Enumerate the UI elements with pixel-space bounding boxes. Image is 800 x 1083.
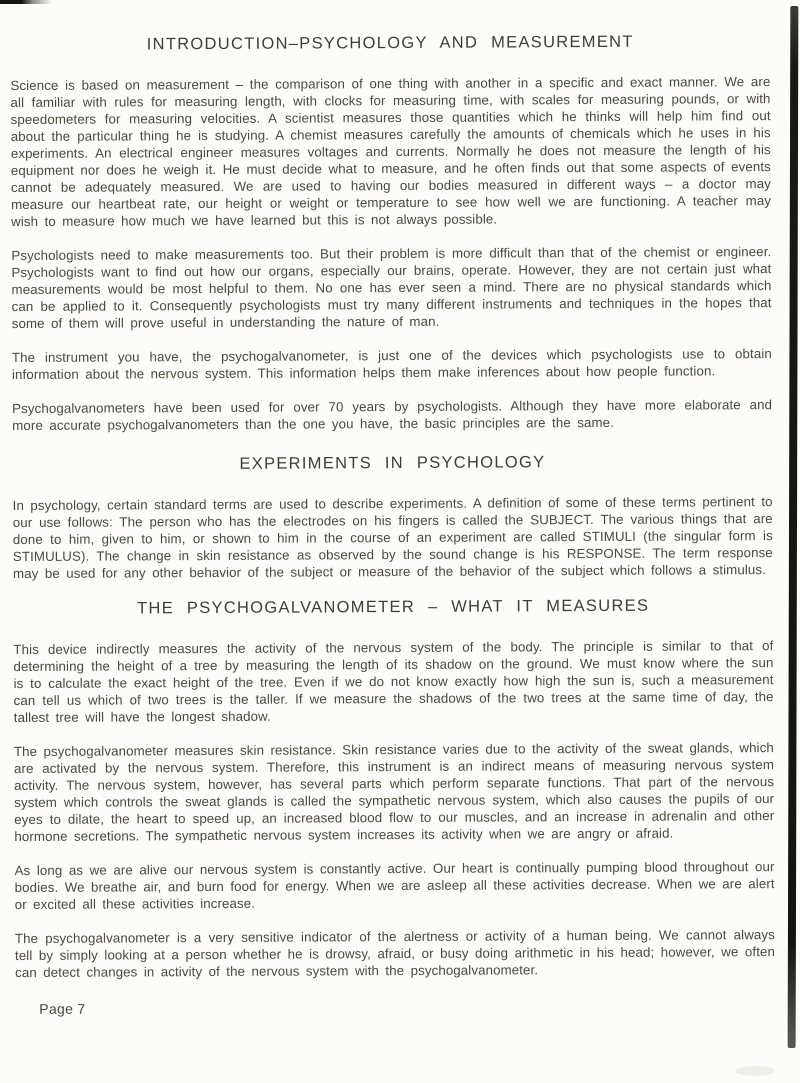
page-content: INTRODUCTION–PSYCHOLOGY AND MEASUREMENT … [0, 0, 800, 1017]
paragraph-standard-terms: In psychology, certain standard terms ar… [13, 493, 773, 582]
scan-artifact-smudge [735, 1066, 775, 1076]
page-number: Page 7 [39, 997, 775, 1017]
scanned-page: INTRODUCTION–PSYCHOLOGY AND MEASUREMENT … [0, 0, 800, 1083]
paragraph-sensitive-indicator: The psychogalvanometer is a very sensiti… [15, 926, 775, 981]
paragraph-skin-resistance: The psychogalvanometer measures skin res… [14, 739, 775, 845]
section-heading-what-it-measures: THE PSYCHOGALVANOMETER – WHAT IT MEASURE… [13, 596, 773, 619]
section-heading-experiments-in-psychology: EXPERIMENTS IN PSYCHOLOGY [12, 452, 772, 475]
document-title: INTRODUCTION–PSYCHOLOGY AND MEASUREMENT [10, 32, 770, 55]
paragraph-nervous-system-active: As long as we are alive our nervous syst… [15, 858, 775, 913]
paragraph-indirect-measurement-tree: This device indirectly measures the acti… [13, 637, 773, 726]
paragraph-instrument-you-have: The instrument you have, the psychogalva… [12, 345, 772, 383]
paragraph-seventy-years: Psychogalvanometers have been used for o… [12, 396, 772, 434]
paragraph-psychologists-measurements: Psychologists need to make measurements … [11, 243, 771, 332]
paragraph-science-measurement: Science is based on measurement – the co… [10, 73, 771, 230]
